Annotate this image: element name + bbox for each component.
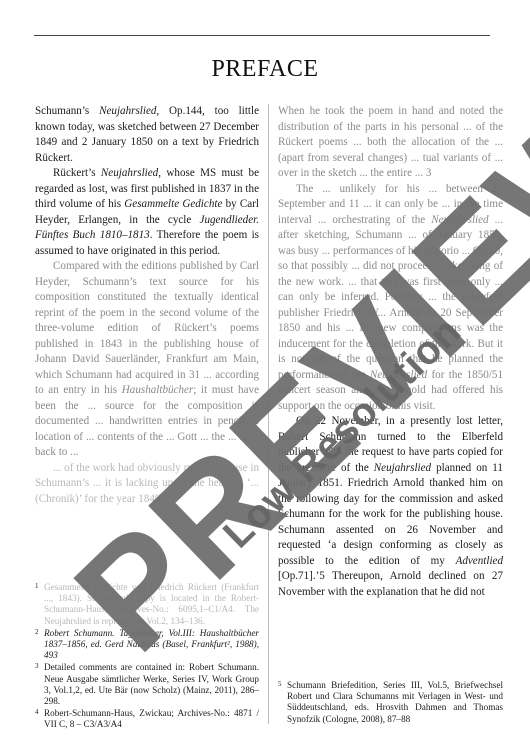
- paragraph-2: Rückert’s Neujahrslied, whose MS must be…: [35, 166, 259, 259]
- paragraph-1: Schumann’s Neujahrslied, Op.144, too lit…: [35, 104, 259, 166]
- footnote: 5Schumann Briefedition, Series III, Vol.…: [278, 680, 503, 725]
- footnotes-right: 5Schumann Briefedition, Series III, Vol.…: [278, 680, 503, 726]
- footnote: 4Robert-Schumann-Haus, Zwickau; Archives…: [35, 708, 259, 730]
- header-rule: [34, 35, 490, 36]
- page-title: PREFACE: [0, 56, 530, 83]
